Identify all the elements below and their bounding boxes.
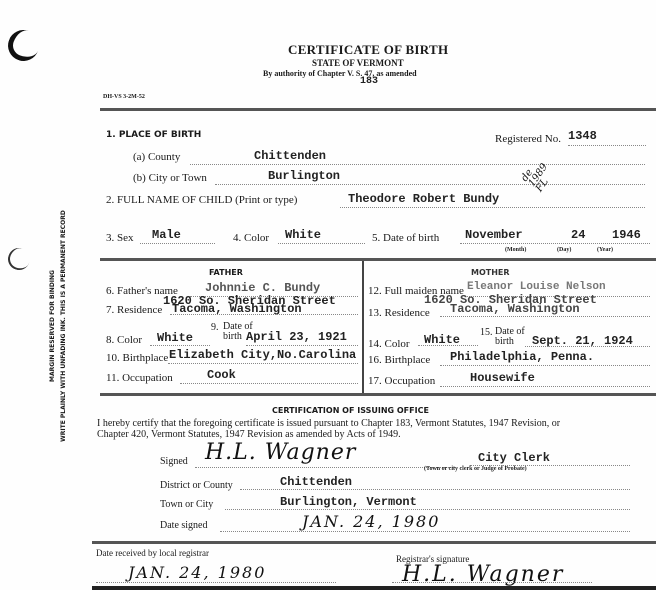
dob-year: 1946 [612, 228, 641, 242]
underline [568, 145, 646, 146]
divider [100, 258, 656, 261]
authority-chapter: 183 [360, 76, 378, 87]
father-name-value: Johnnie C. Bundy [205, 281, 320, 295]
dob-label: 5. Date of birth [372, 232, 439, 244]
margin-note-line2: WRITE PLAINLY WITH UNFADING INK. THIS IS… [58, 206, 69, 446]
sex-value: Male [152, 228, 181, 242]
mother-residence-line2: Tacoma, Washington [450, 302, 580, 316]
child-name-label: 2. FULL NAME OF CHILD (Print or type) [106, 194, 297, 206]
underline [140, 243, 215, 244]
date-signed-label: Date signed [160, 520, 208, 531]
clerk-signature: H.L. Wagner [205, 440, 356, 465]
underline [340, 207, 645, 208]
punch-hole-mark [4, 26, 44, 66]
father-color-label: 8. Color [106, 334, 142, 346]
mother-residence-label: 13. Residence [368, 307, 430, 319]
certification-text-line1: I hereby certify that the foregoing cert… [97, 418, 560, 429]
column-divider [362, 261, 364, 394]
father-occupation-label: 11. Occupation [106, 372, 173, 384]
signed-label: Signed [160, 456, 188, 467]
registered-no: 1348 [568, 129, 597, 143]
underline [168, 363, 358, 364]
underline [246, 345, 358, 346]
color-value: White [285, 228, 321, 242]
bottom-edge [92, 586, 656, 590]
color-label: 4. Color [233, 232, 269, 244]
dob-day: 24 [571, 228, 585, 242]
underline [195, 467, 455, 468]
mother-name-value: Eleanor Louise Nelson [467, 281, 606, 293]
clerk-title: City Clerk [478, 451, 550, 465]
underline [440, 316, 650, 317]
underline [278, 243, 365, 244]
underline [240, 489, 630, 490]
mother-birthplace-label: 16. Birthplace [368, 354, 430, 366]
day-caption: (Day) [557, 247, 571, 253]
underline [220, 531, 630, 532]
underline [460, 243, 650, 244]
underline [170, 314, 358, 315]
received-label: Date received by local registrar [96, 548, 209, 558]
mother-heading: MOTHER [471, 268, 510, 277]
county-value: Chittenden [254, 149, 326, 163]
father-residence-label: 7. Residence [106, 304, 162, 316]
clerk-title-caption: (Town or city clerk or Judge of Probate) [424, 466, 527, 472]
certificate-title: CERTIFICATE OF BIRTH [288, 42, 448, 58]
district-label: District or County [160, 480, 233, 491]
underline [190, 164, 645, 165]
town-value: Burlington, Vermont [280, 495, 417, 509]
district-value: Chittenden [280, 475, 352, 489]
certification-text-line2: Chapter 420, Vermont Statutes, 1947 Revi… [97, 429, 401, 440]
mother-color-label: 14. Color [368, 338, 410, 350]
mother-dob-num: 15. [480, 327, 493, 338]
margin-note-line1: MARGIN RESERVED FOR BINDING [47, 206, 58, 446]
underline [180, 383, 358, 384]
mother-occupation-label: 17. Occupation [368, 375, 435, 387]
authority-line: By authority of Chapter V. S. 47, as ame… [263, 69, 417, 78]
handwritten-annotation: de 1989 FL [520, 155, 558, 193]
underline [440, 386, 650, 387]
mother-occupation-value: Housewife [470, 371, 535, 385]
sex-label: 3. Sex [106, 232, 134, 244]
date-signed-value: JAN. 24, 1980 [302, 512, 440, 531]
city-label: (b) City or Town [133, 172, 207, 184]
punch-hole-mark [5, 245, 33, 273]
divider [92, 541, 656, 544]
city-value: Burlington [268, 169, 340, 183]
father-occupation-value: Cook [207, 368, 236, 382]
father-heading: FATHER [209, 268, 243, 277]
registrar-signature: H.L. Wagner [402, 562, 564, 587]
month-caption: (Month) [505, 247, 526, 253]
received-date: JAN. 24, 1980 [128, 563, 266, 582]
underline [525, 346, 650, 347]
underline [215, 184, 645, 185]
margin-note: MARGIN RESERVED FOR BINDING WRITE PLAINL… [47, 206, 69, 446]
county-label: (a) County [133, 151, 180, 163]
mother-birthplace-value: Philadelphia, Penna. [450, 350, 594, 364]
underline [418, 345, 478, 346]
registered-label: Registered No. [495, 133, 561, 145]
father-dob-value: April 23, 1921 [246, 330, 347, 344]
place-of-birth-label: 1. PLACE OF BIRTH [106, 130, 201, 140]
mother-dob-label: Date of birth [495, 327, 525, 347]
dob-month: November [465, 228, 523, 242]
form-code: DH-VS 3-2M-52 [103, 94, 145, 100]
underline [225, 509, 630, 510]
divider [100, 108, 656, 111]
certification-heading: CERTIFICATION OF ISSUING OFFICE [272, 406, 429, 415]
father-birthplace-value: Elizabeth City,No.Carolina [169, 348, 356, 362]
divider [100, 393, 656, 396]
father-dob-num: 9. [211, 322, 219, 333]
underline [392, 582, 592, 583]
underline [150, 345, 210, 346]
year-caption: (Year) [597, 247, 613, 253]
father-color-value: White [157, 331, 193, 345]
town-label: Town or City [160, 499, 213, 510]
underline [96, 582, 336, 583]
child-name-value: Theodore Robert Bundy [348, 192, 499, 206]
father-birthplace-label: 10. Birthplace [106, 352, 168, 364]
underline [440, 365, 650, 366]
state-subtitle: STATE OF VERMONT [312, 58, 404, 68]
